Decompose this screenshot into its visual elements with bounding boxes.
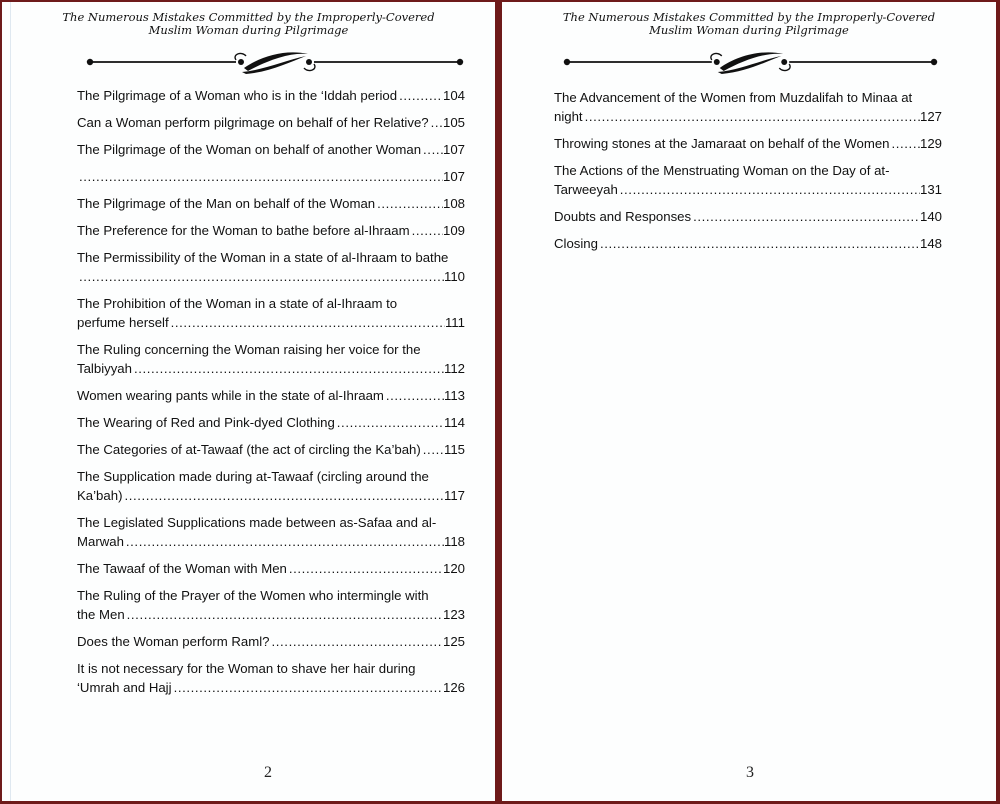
toc-entry[interactable]: The Categories of at-Tawaaf (the act of … [77, 440, 465, 459]
toc-entry[interactable]: The Wearing of Red and Pink-dyed Clothin… [77, 413, 465, 432]
dot-leader [337, 413, 444, 432]
toc-entry[interactable]: The Actions of the Menstruating Woman on… [554, 161, 942, 199]
right-page: The Numerous Mistakes Committed by the I… [502, 2, 996, 801]
toc-entry[interactable]: The Permissibility of the Woman in a sta… [77, 248, 465, 286]
toc-entry-title: The Permissibility of the Woman in a sta… [77, 248, 465, 267]
toc-entry-title: The Wearing of Red and Pink-dyed Clothin… [77, 413, 335, 432]
toc-entry-title: The Actions of the Menstruating Woman on… [554, 161, 942, 180]
toc-entry[interactable]: The Supplication made during at-Tawaaf (… [77, 467, 465, 505]
toc-entry-title: It is not necessary for the Woman to sha… [77, 659, 465, 678]
toc-entry-title: Tarweeyah [554, 180, 618, 199]
toc-entry[interactable]: Doubts and Responses140 [554, 207, 942, 226]
toc-entry[interactable]: Throwing stones at the Jamaraat on behal… [554, 134, 942, 153]
toc-entry-title: Marwah [77, 532, 124, 551]
toc-entry-title: The Pilgrimage of the Woman on behalf of… [77, 140, 421, 159]
toc-entry-title: The Ruling concerning the Woman raising … [77, 340, 465, 359]
toc-page-number: 140 [920, 207, 942, 226]
toc-entry[interactable]: The Pilgrimage of a Woman who is in the … [77, 86, 465, 105]
toc-entry[interactable]: The Ruling of the Prayer of the Women wh… [77, 586, 465, 624]
toc-entry[interactable]: 107 [77, 167, 465, 186]
toc-page-number: 113 [444, 386, 465, 405]
toc-entry-title: ‘Umrah and Hajj [77, 678, 172, 697]
toc-entry[interactable]: Women wearing pants while in the state o… [77, 386, 465, 405]
toc-entry-title: The Preference for the Woman to bathe be… [77, 221, 410, 240]
toc-entry-title: The Categories of at-Tawaaf (the act of … [77, 440, 421, 459]
toc-entry-title: Does the Woman perform Raml? [77, 632, 270, 651]
dot-leader [386, 386, 444, 405]
page-number: 2 [264, 764, 272, 782]
toc-entry-title: Talbiyyah [77, 359, 132, 378]
dot-leader [126, 532, 444, 551]
dot-leader [171, 313, 445, 332]
toc-page-number: 118 [444, 532, 465, 551]
toc-page-number: 109 [443, 221, 465, 240]
toc-entry-title: The Ruling of the Prayer of the Women wh… [77, 586, 465, 605]
dot-leader [600, 234, 920, 253]
toc-page-number: 127 [920, 107, 942, 126]
dot-leader [423, 440, 444, 459]
dot-leader [272, 632, 443, 651]
dot-leader [377, 194, 443, 213]
toc-page-number: 148 [920, 234, 942, 253]
toc-entry-title: Throwing stones at the Jamaraat on behal… [554, 134, 890, 153]
toc-page-number: 107 [443, 140, 465, 159]
toc-page-number: 125 [443, 632, 465, 651]
left-page: The Numerous Mistakes Committed by the I… [2, 2, 495, 801]
toc-entry[interactable]: The Ruling concerning the Woman raising … [77, 340, 465, 378]
toc-entry-title: Closing [554, 234, 598, 253]
toc-page-number: 104 [443, 86, 465, 105]
toc-entry[interactable]: Closing148 [554, 234, 942, 253]
dot-leader [693, 207, 920, 226]
toc-entry-title: the Men [77, 605, 125, 624]
toc-page-number: 110 [444, 267, 465, 286]
toc-entry-title: The Pilgrimage of a Woman who is in the … [77, 86, 397, 105]
running-head: The Numerous Mistakes Committed by the I… [2, 11, 495, 37]
toc-entry[interactable]: It is not necessary for the Woman to sha… [77, 659, 465, 697]
dot-leader [585, 107, 920, 126]
table-of-contents: The Pilgrimage of a Woman who is in the … [77, 86, 465, 705]
toc-entry-title: The Advancement of the Women from Muzdal… [554, 88, 942, 107]
toc-page-number: 115 [444, 440, 465, 459]
dot-leader [79, 267, 444, 286]
dot-leader [79, 167, 443, 186]
page-number: 3 [746, 764, 754, 782]
dot-leader [892, 134, 920, 153]
dot-leader [620, 180, 920, 199]
dot-leader [423, 140, 443, 159]
toc-entry[interactable]: The Tawaaf of the Woman with Men120 [77, 559, 465, 578]
running-head-line2: Muslim Woman during Pilgrimage [2, 24, 495, 37]
toc-page-number: 117 [444, 486, 465, 505]
toc-entry[interactable]: The Advancement of the Women from Muzdal… [554, 88, 942, 126]
page-edge-shadow [10, 2, 11, 801]
toc-entry[interactable]: The Preference for the Woman to bathe be… [77, 221, 465, 240]
toc-page-number: 107 [443, 167, 465, 186]
toc-entry[interactable]: Does the Woman perform Raml?125 [77, 632, 465, 651]
toc-page-number: 129 [920, 134, 942, 153]
toc-page-number: 108 [443, 194, 465, 213]
toc-entry[interactable]: The Legislated Supplications made betwee… [77, 513, 465, 551]
dot-leader [431, 113, 443, 132]
dot-leader [412, 221, 443, 240]
toc-entry-title: The Legislated Supplications made betwee… [77, 513, 465, 532]
toc-page-number: 112 [444, 359, 465, 378]
toc-entry-title: The Prohibition of the Woman in a state … [77, 294, 465, 313]
toc-entry-title: The Pilgrimage of the Man on behalf of t… [77, 194, 375, 213]
toc-page-number: 123 [443, 605, 465, 624]
toc-entry-title: Ka’bah) [77, 486, 122, 505]
dot-leader [124, 486, 444, 505]
dot-leader [289, 559, 443, 578]
toc-entry-title: night [554, 107, 583, 126]
dot-leader [399, 86, 443, 105]
toc-page-number: 131 [920, 180, 942, 199]
toc-page-number: 126 [443, 678, 465, 697]
toc-entry-title: The Tawaaf of the Woman with Men [77, 559, 287, 578]
table-of-contents: The Advancement of the Women from Muzdal… [554, 88, 942, 261]
toc-page-number: 111 [445, 313, 465, 332]
toc-entry-title: perfume herself [77, 313, 169, 332]
toc-entry[interactable]: The Prohibition of the Woman in a state … [77, 294, 465, 332]
toc-entry-title: Doubts and Responses [554, 207, 691, 226]
dot-leader [127, 605, 443, 624]
dot-leader [174, 678, 443, 697]
toc-page-number: 114 [444, 413, 465, 432]
toc-entry-title: Women wearing pants while in the state o… [77, 386, 384, 405]
toc-entry[interactable]: The Pilgrimage of the Woman on behalf of… [77, 140, 465, 159]
running-head: The Numerous Mistakes Committed by the I… [502, 11, 996, 37]
toc-entry-title: The Supplication made during at-Tawaaf (… [77, 467, 465, 486]
toc-entry-title: Can a Woman perform pilgrimage on behalf… [77, 113, 429, 132]
toc-page-number: 105 [443, 113, 465, 132]
toc-page-number: 120 [443, 559, 465, 578]
flourish-divider-icon [563, 46, 938, 76]
running-head-line2: Muslim Woman during Pilgrimage [502, 24, 996, 37]
flourish-divider-icon [86, 46, 464, 76]
toc-entry[interactable]: The Pilgrimage of the Man on behalf of t… [77, 194, 465, 213]
dot-leader [134, 359, 444, 378]
toc-entry[interactable]: Can a Woman perform pilgrimage on behalf… [77, 113, 465, 132]
